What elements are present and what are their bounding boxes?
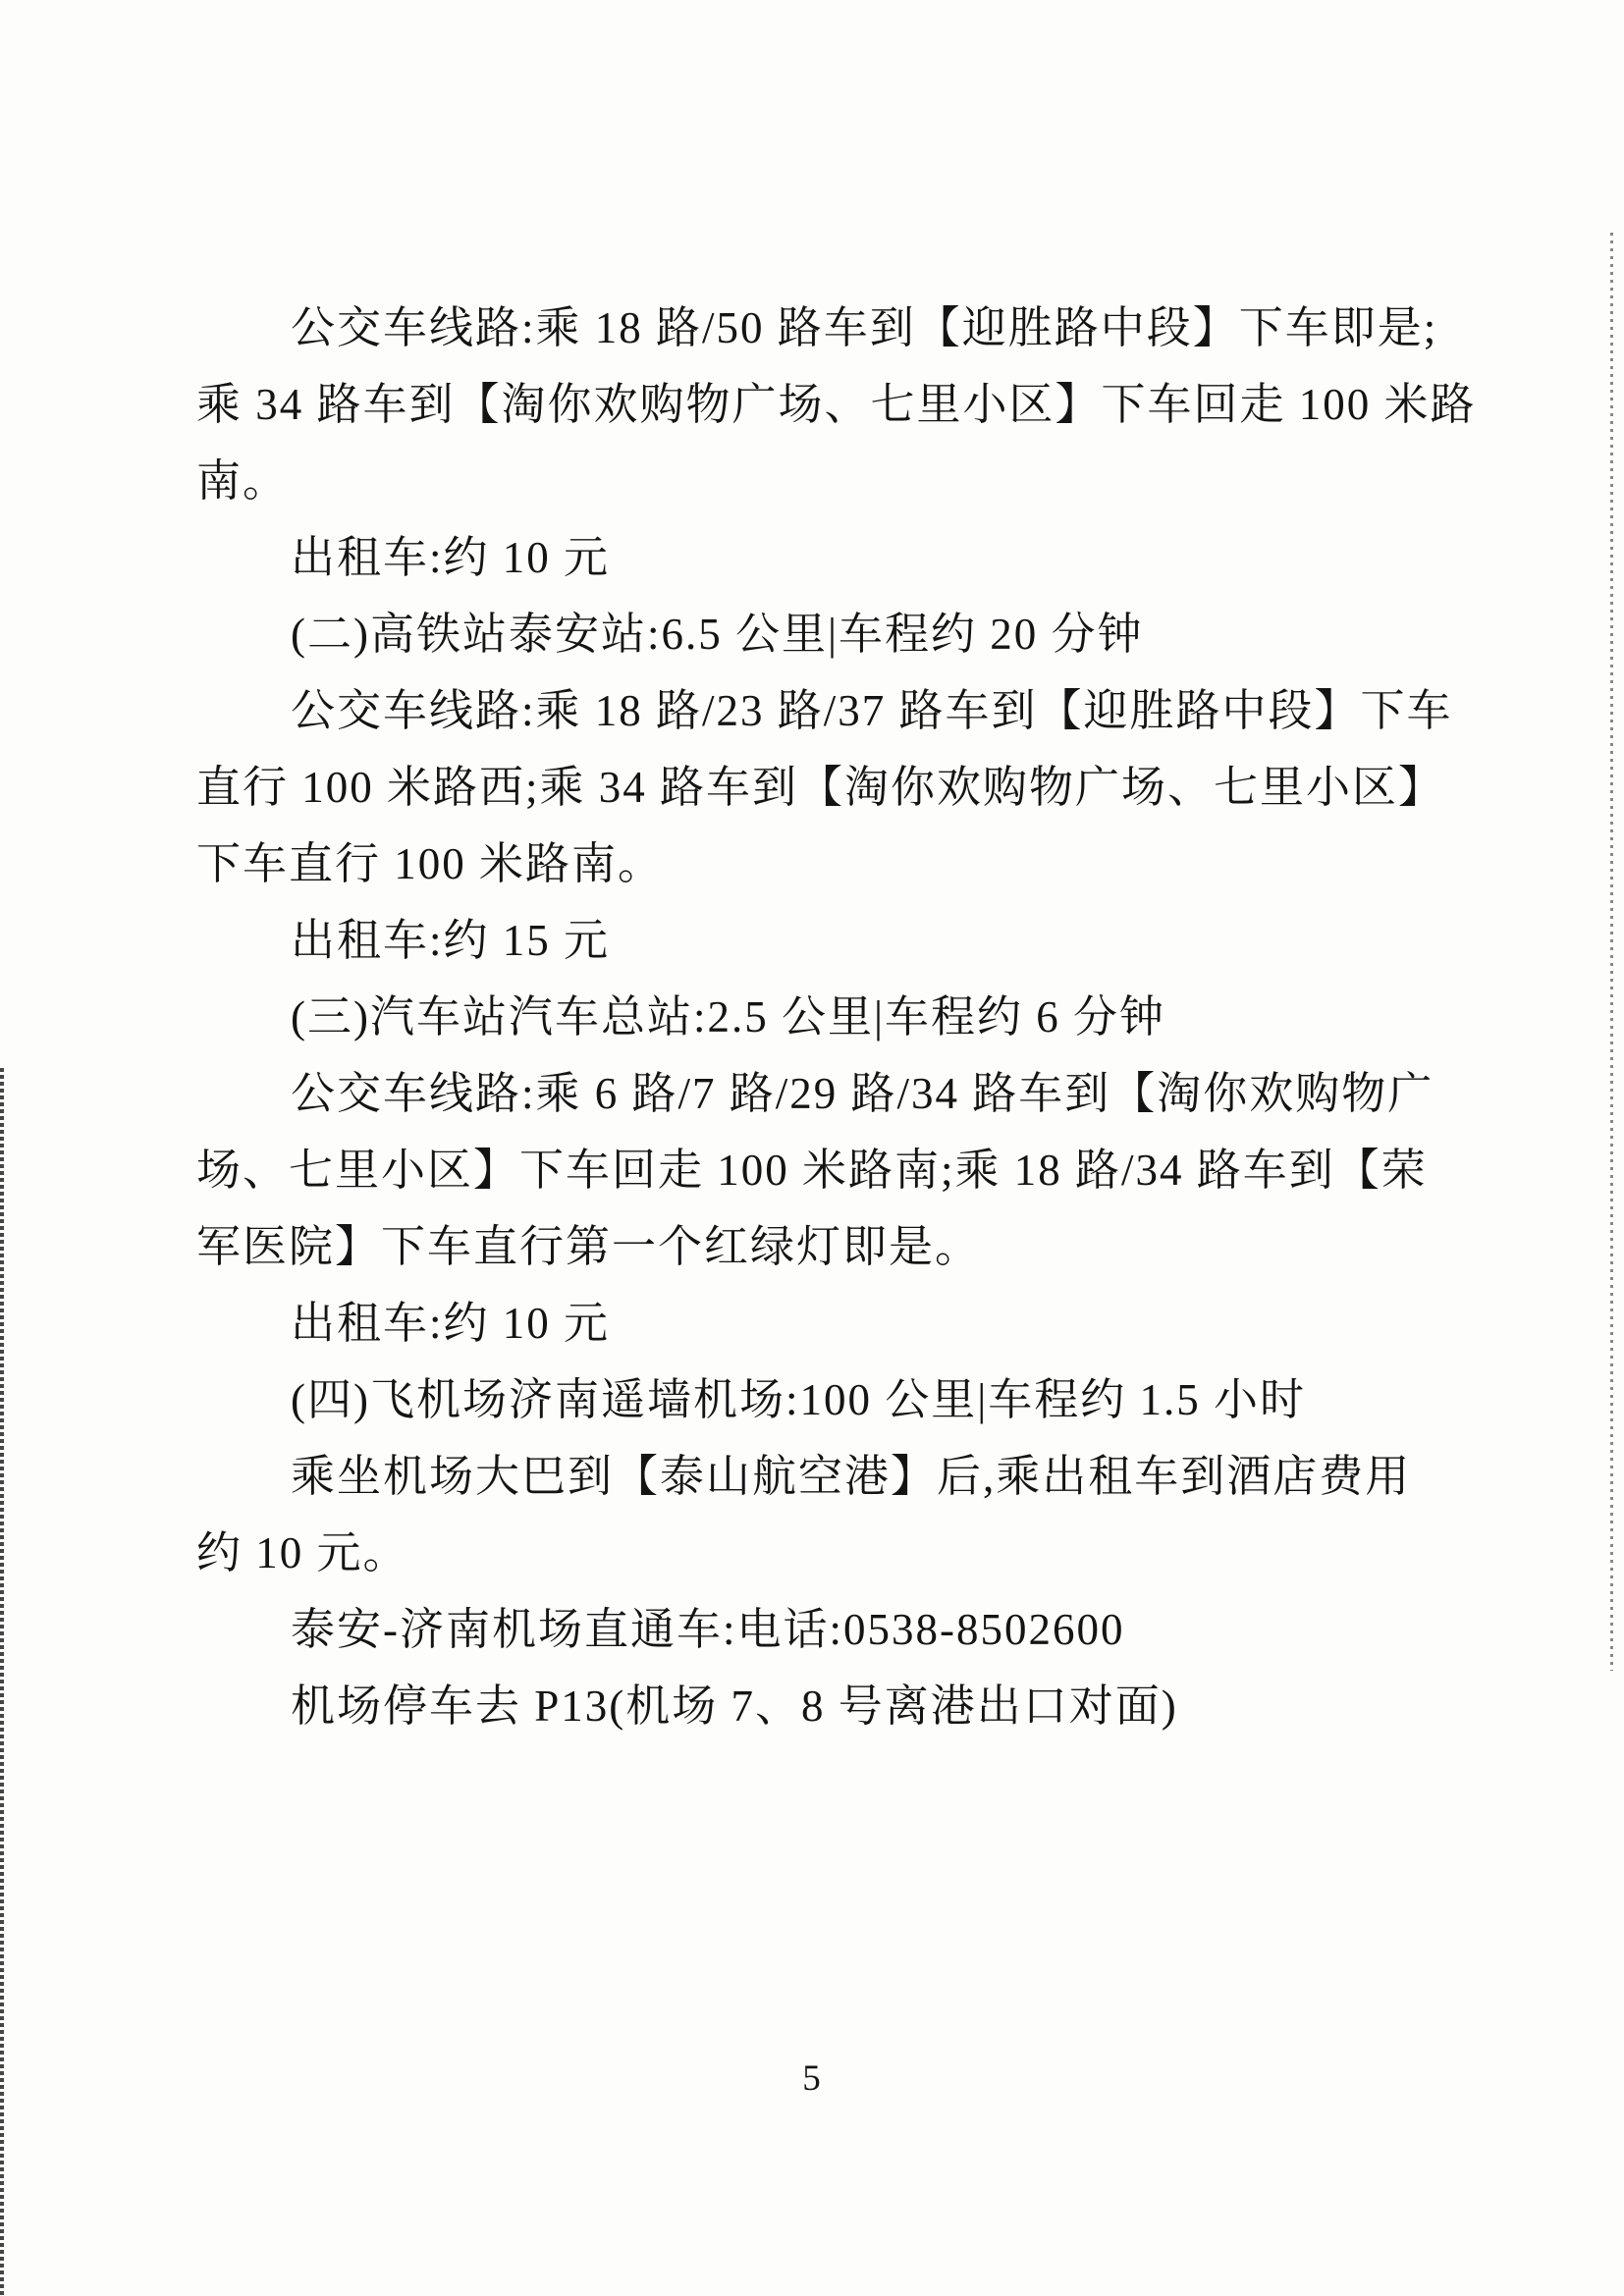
document-body: 公交车线路:乘 18 路/50 路车到【迎胜路中段】下车即是; 乘 34 路车到… <box>196 290 1502 1744</box>
paragraph-line: 约 10 元。 <box>196 1515 1502 1591</box>
paragraph-line: 场、七里小区】下车回走 100 米路南;乘 18 路/34 路车到【荣 <box>196 1132 1502 1208</box>
right-edge-scan-artifact <box>1610 233 1613 1671</box>
paragraph-line: 出租车:约 15 元 <box>196 902 1502 979</box>
section-heading-line: (三)汽车站汽车总站:2.5 公里|车程约 6 分钟 <box>196 979 1502 1055</box>
paragraph-line: 直行 100 米路西;乘 34 路车到【淘你欢购物广场、七里小区】 <box>196 749 1502 826</box>
paragraph-line: 下车直行 100 米路南。 <box>196 826 1502 902</box>
paragraph-line: 公交车线路:乘 18 路/23 路/37 路车到【迎胜路中段】下车 <box>196 672 1502 749</box>
paragraph-line: 乘 34 路车到【淘你欢购物广场、七里小区】下车回走 100 米路 <box>196 366 1502 443</box>
section-heading-line: (四)飞机场济南遥墙机场:100 公里|车程约 1.5 小时 <box>196 1362 1502 1438</box>
paragraph-line: 出租车:约 10 元 <box>196 1285 1502 1362</box>
paragraph-line: 泰安-济南机场直通车:电话:0538-8502600 <box>196 1591 1502 1668</box>
paragraph-line: 南。 <box>196 443 1502 519</box>
scanned-document-page: { "page": { "number": "5" }, "document":… <box>0 0 1624 2296</box>
page-number: 5 <box>0 2057 1624 2100</box>
paragraph-line: 机场停车去 P13(机场 7、8 号离港出口对面) <box>196 1668 1502 1744</box>
paragraph-line: 公交车线路:乘 18 路/50 路车到【迎胜路中段】下车即是; <box>196 290 1502 366</box>
paragraph-line: 出租车:约 10 元 <box>196 519 1502 596</box>
paragraph-line: 军医院】下车直行第一个红绿灯即是。 <box>196 1208 1502 1285</box>
section-heading-line: (二)高铁站泰安站:6.5 公里|车程约 20 分钟 <box>196 596 1502 672</box>
paragraph-line: 乘坐机场大巴到【泰山航空港】后,乘出租车到酒店费用 <box>196 1438 1502 1515</box>
left-edge-scan-artifact <box>0 1068 4 2296</box>
paragraph-line: 公交车线路:乘 6 路/7 路/29 路/34 路车到【淘你欢购物广 <box>196 1055 1502 1132</box>
